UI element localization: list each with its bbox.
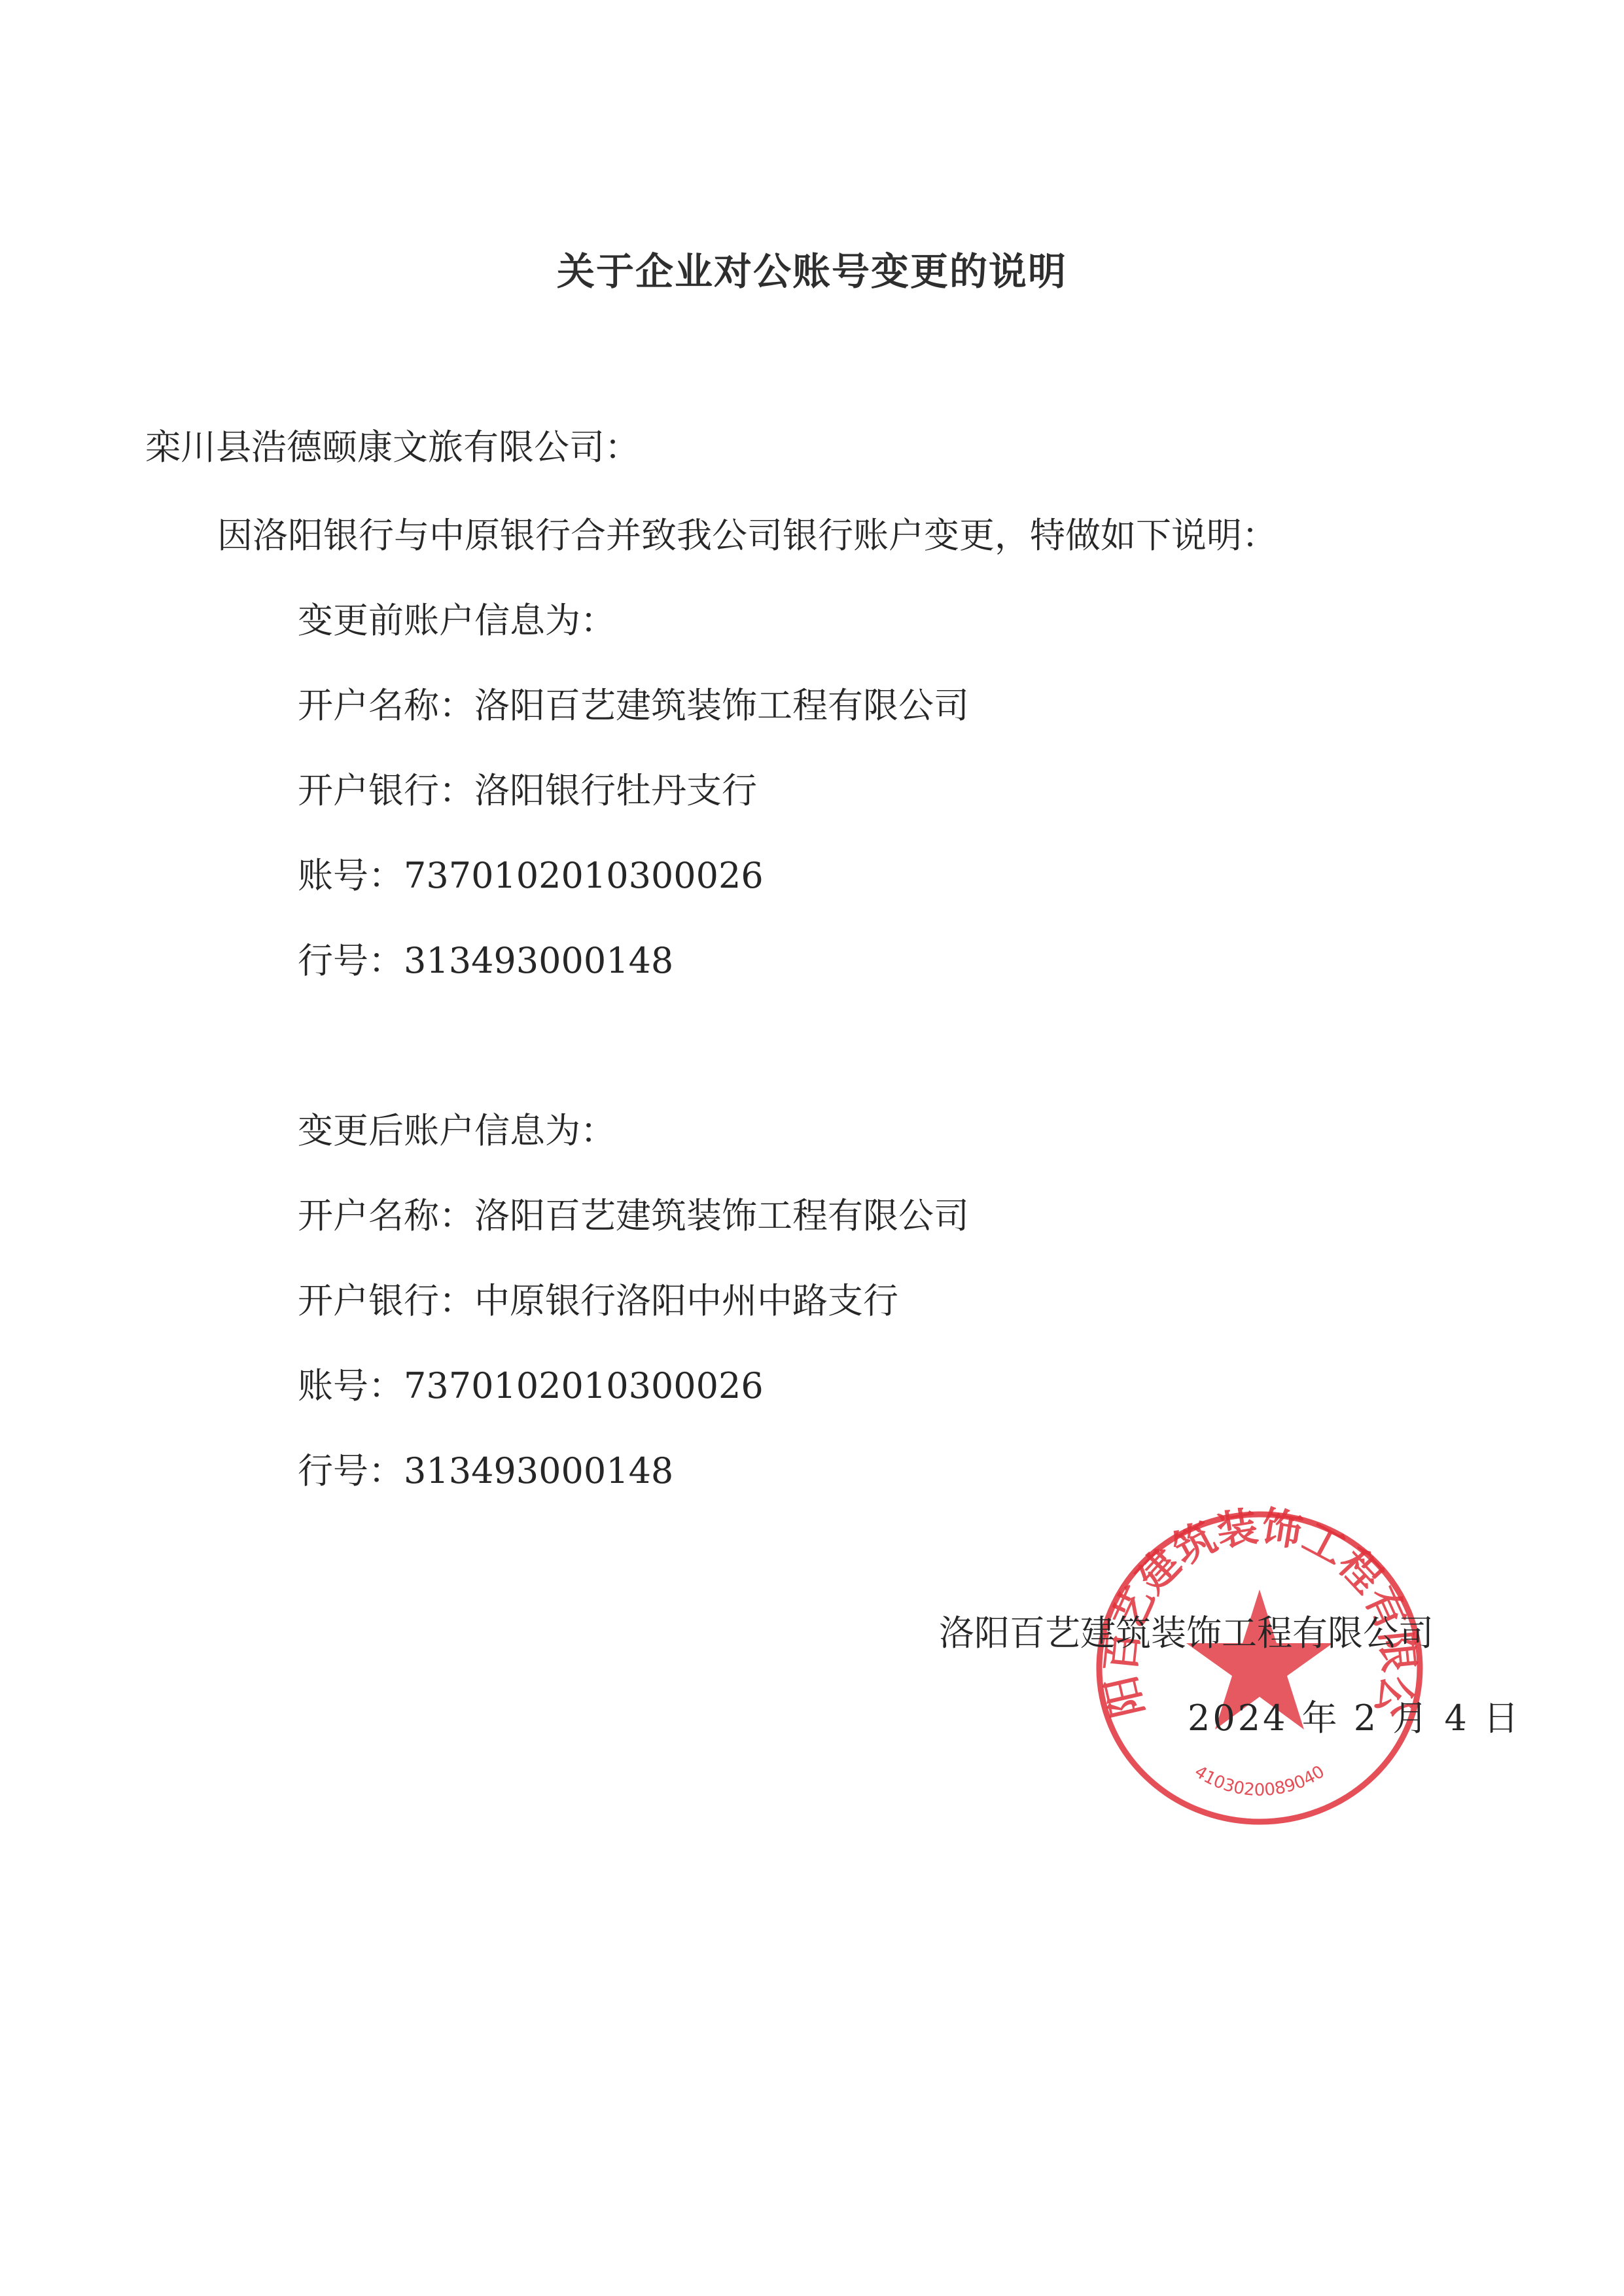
before-account-name: 开户名称：洛阳百艺建筑装饰工程有限公司 — [298, 688, 969, 723]
company-seal: 洛阳百艺建筑装饰工程有限公司 4103020089040 — [1083, 1498, 1436, 1838]
after-heading: 变更后账户信息为： — [298, 1113, 616, 1149]
document-title: 关于企业对公账号变更的说明 — [0, 241, 1624, 296]
after-account-no: 账号：7370102010300026 — [298, 1368, 764, 1404]
signature-company: 洛阳百艺建筑装饰工程有限公司 — [939, 1616, 1434, 1651]
intro-paragraph: 因洛阳银行与中原银行合并致我公司银行账户变更，特做如下说明： — [217, 518, 1277, 553]
after-bank: 开户银行：中原银行洛阳中州中路支行 — [298, 1283, 898, 1319]
before-bank: 开户银行：洛阳银行牡丹支行 — [298, 773, 757, 809]
seal-code: 4103020089040 — [1191, 1762, 1328, 1800]
after-bank-code: 行号：313493000148 — [298, 1453, 673, 1489]
after-account-name: 开户名称：洛阳百艺建筑装饰工程有限公司 — [298, 1198, 969, 1234]
svg-text:4103020089040: 4103020089040 — [1191, 1762, 1328, 1800]
before-heading: 变更前账户信息为： — [298, 603, 616, 638]
before-bank-code: 行号：313493000148 — [298, 943, 673, 979]
signature-date: 2024 年 2 月 4 日 — [1188, 1701, 1521, 1736]
before-account-no: 账号：7370102010300026 — [298, 858, 764, 894]
addressee: 栾川县浩德颐康文旅有限公司： — [145, 430, 640, 465]
